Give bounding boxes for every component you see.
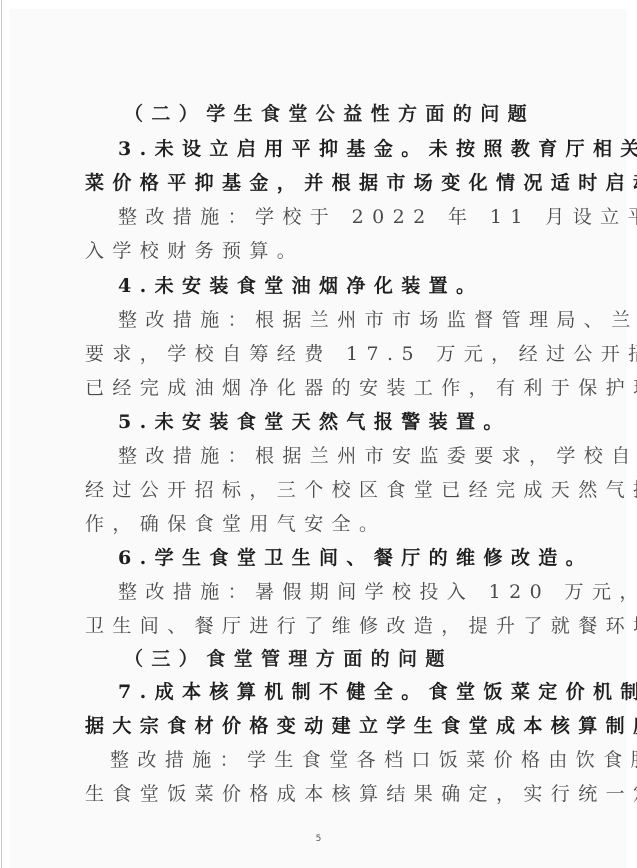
measure-text-cont: 经过公开招标，三个校区食堂已经完成天然气报警器的安装工 bbox=[85, 475, 637, 505]
measure-text-cont: 入学校财务预算。 bbox=[85, 236, 304, 266]
section-heading: （二）学生食堂公益性方面的问题 bbox=[124, 99, 535, 129]
measure-text-cont: 已经完成油烟净化器的安装工作，有利于保护环境。 bbox=[85, 373, 637, 403]
measure-text-cont: 卫生间、餐厅进行了维修改造，提升了就餐环境。 bbox=[85, 611, 637, 641]
measure-text: 整改措施：根据兰州市安监委要求，学校自筹经费 30 万元， bbox=[118, 441, 637, 471]
measure-text-cont: 生食堂饭菜价格成本核算结果确定，实行统一定价，并保持饭菜 bbox=[85, 779, 637, 809]
measure-text: 整改措施：暑假期间学校投入 120 万元，对两校区学生食堂 bbox=[118, 577, 637, 607]
measure-text: 整改措施：根据兰州市市场监督管理局、兰州市生态环境局 bbox=[118, 305, 637, 335]
measure-text: 整改措施：学生食堂各档口饭菜价格由饮食服务中心根据学 bbox=[110, 745, 637, 775]
issue-title: 3.未设立启用平抑基金。未按照教育厅相关要求设立食堂饭 bbox=[118, 134, 637, 164]
measure-text-cont: 作，确保食堂用气安全。 bbox=[85, 509, 386, 539]
issue-title: 4.未安装食堂油烟净化装置。 bbox=[118, 271, 483, 301]
measure-text-cont: 要求，学校自筹经费 17.5 万元，经过公开招标，三个校区食堂 bbox=[85, 339, 637, 369]
issue-title-cont: 据大宗食材价格变动建立学生食堂成本核算制度。 bbox=[85, 711, 637, 741]
issue-title: 7.成本核算机制不健全。食堂饭菜定价机制不合理， 未根 bbox=[118, 677, 637, 707]
document-page: （二）学生食堂公益性方面的问题 3.未设立启用平抑基金。未按照教育厅相关要求设立… bbox=[10, 9, 627, 868]
issue-title-cont: 菜价格平抑基金，并根据市场变化情况适时启动平抑基金。 bbox=[85, 168, 637, 198]
measure-text: 整改措施：学校于 2022 年 11 月设立平抑基金，以后每年列 bbox=[118, 202, 637, 232]
page-edge-rule bbox=[1, 0, 2, 868]
issue-title: 5.未安装食堂天然气报警装置。 bbox=[118, 407, 511, 437]
section-heading: （三）食堂管理方面的问题 bbox=[124, 644, 453, 674]
issue-title: 6.学生食堂卫生间、餐厅的维修改造。 bbox=[118, 543, 593, 573]
page-number: 5 bbox=[10, 834, 627, 844]
